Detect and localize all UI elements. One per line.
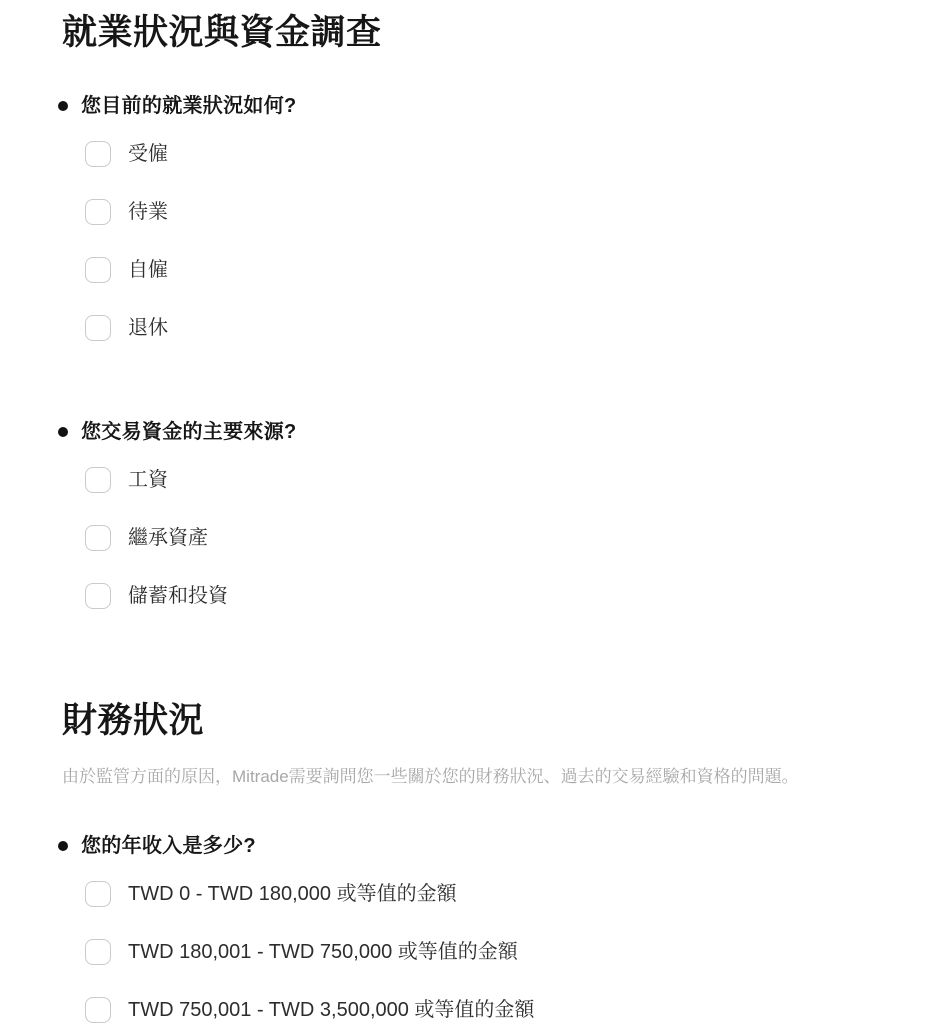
section-description: 由於監管方面的原因，Mitrade需要詢問您一些關於您的財務狀況、過去的交易經驗…: [62, 765, 883, 789]
bullet-icon: [58, 101, 68, 111]
question-row: 您目前的就業狀況如何?: [58, 93, 945, 119]
option-label[interactable]: 儲蓄和投資: [128, 583, 228, 609]
checkbox-income-tier-1[interactable]: [85, 881, 111, 907]
question-block-annual-income: 您的年收入是多少? TWD 0 - TWD 180,000 或等值的金額 TWD…: [0, 833, 945, 1023]
checkbox-income-tier-3[interactable]: [85, 997, 111, 1023]
option-row-retired[interactable]: 退休: [85, 315, 945, 341]
option-label[interactable]: 受僱: [128, 141, 168, 167]
checkbox-income-tier-2[interactable]: [85, 939, 111, 965]
option-label[interactable]: 待業: [128, 199, 168, 225]
question-label-employment-status: 您目前的就業狀況如何?: [81, 93, 297, 119]
checkbox-inherited-assets[interactable]: [85, 525, 111, 551]
option-row-income-tier-2[interactable]: TWD 180,001 - TWD 750,000 或等值的金額: [85, 939, 945, 965]
option-label[interactable]: TWD 0 - TWD 180,000 或等值的金額: [128, 881, 457, 907]
section-title-employment-funds: 就業狀況與資金調查: [62, 0, 945, 53]
bullet-icon: [58, 427, 68, 437]
option-row-wages[interactable]: 工資: [85, 467, 945, 493]
question-label-fund-source: 您交易資金的主要來源?: [81, 419, 297, 445]
option-label[interactable]: TWD 750,001 - TWD 3,500,000 或等值的金額: [128, 997, 534, 1023]
options-list: TWD 0 - TWD 180,000 或等值的金額 TWD 180,001 -…: [85, 881, 945, 1023]
checkbox-unemployed[interactable]: [85, 199, 111, 225]
bullet-icon: [58, 841, 68, 851]
checkbox-wages[interactable]: [85, 467, 111, 493]
option-label[interactable]: 工資: [128, 467, 168, 493]
option-label[interactable]: 自僱: [128, 257, 168, 283]
checkbox-retired[interactable]: [85, 315, 111, 341]
option-label[interactable]: TWD 180,001 - TWD 750,000 或等值的金額: [128, 939, 518, 965]
option-row-income-tier-3[interactable]: TWD 750,001 - TWD 3,500,000 或等值的金額: [85, 997, 945, 1023]
option-label[interactable]: 退休: [128, 315, 168, 341]
option-row-income-tier-1[interactable]: TWD 0 - TWD 180,000 或等值的金額: [85, 881, 945, 907]
question-row: 您交易資金的主要來源?: [58, 419, 945, 445]
question-label-annual-income: 您的年收入是多少?: [81, 833, 256, 859]
option-row-savings-investments[interactable]: 儲蓄和投資: [85, 583, 945, 609]
option-label[interactable]: 繼承資產: [128, 525, 208, 551]
survey-page: 就業狀況與資金調查 您目前的就業狀況如何? 受僱 待業 自僱 退休: [0, 0, 945, 1024]
option-row-self-employed[interactable]: 自僱: [85, 257, 945, 283]
option-row-unemployed[interactable]: 待業: [85, 199, 945, 225]
options-list: 受僱 待業 自僱 退休: [85, 141, 945, 341]
checkbox-self-employed[interactable]: [85, 257, 111, 283]
option-row-employed[interactable]: 受僱: [85, 141, 945, 167]
checkbox-savings-investments[interactable]: [85, 583, 111, 609]
section-title-financial-status: 財務狀況: [62, 701, 945, 741]
question-row: 您的年收入是多少?: [58, 833, 945, 859]
options-list: 工資 繼承資產 儲蓄和投資: [85, 467, 945, 609]
question-block-fund-source: 您交易資金的主要來源? 工資 繼承資產 儲蓄和投資: [0, 419, 945, 609]
checkbox-employed[interactable]: [85, 141, 111, 167]
question-block-employment-status: 您目前的就業狀況如何? 受僱 待業 自僱 退休: [0, 93, 945, 341]
option-row-inherited-assets[interactable]: 繼承資產: [85, 525, 945, 551]
